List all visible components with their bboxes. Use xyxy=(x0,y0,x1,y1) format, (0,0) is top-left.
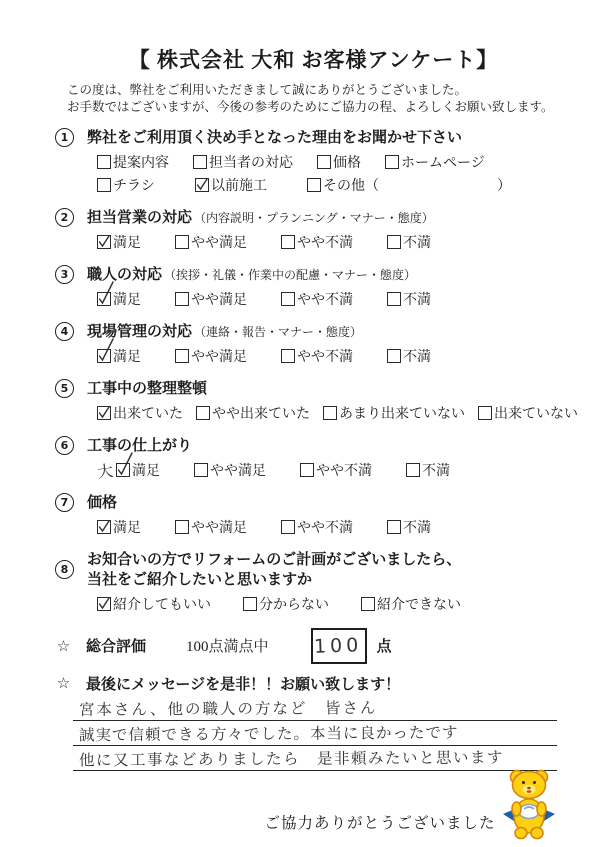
option: やや不満 xyxy=(281,346,353,366)
option-label: あまり出来ていない xyxy=(339,403,465,423)
question-title: 職人の対応 xyxy=(87,267,162,283)
option: 紹介できない xyxy=(361,594,461,614)
handwritten-message: 宮本さん、他の職人の方など 皆さん誠実で信頼できる方々でした。本当に良かったです… xyxy=(73,696,572,771)
option: ホームページ xyxy=(385,152,485,172)
question-header: 2担当営業の対応（内容説明・プランニング・マナー・態度） xyxy=(55,208,572,228)
star-icon: ☆ xyxy=(55,637,72,655)
option: 紹介してもいい xyxy=(97,594,211,614)
option: 満足 xyxy=(97,289,141,309)
checkmark-icon xyxy=(96,290,112,306)
option-label: 不満 xyxy=(422,460,450,480)
question-subtitle: （連絡・報告・マナー・態度） xyxy=(194,325,362,339)
question-title-lines: 価格 xyxy=(87,493,117,513)
checkmark-icon xyxy=(194,176,210,192)
question-block: 8お知合いの方でリフォームのご計画がございましたら、当社をご紹介したいと思います… xyxy=(55,550,572,616)
option-label: 以前施工 xyxy=(211,175,267,195)
option-label: 満足 xyxy=(113,289,141,309)
handwritten-text: 他に又工事などありましたら 是非頼みたいと思います xyxy=(79,745,504,770)
question-title-lines: お知合いの方でリフォームのご計画がございましたら、当社をご紹介したいと思いますか xyxy=(87,550,461,590)
option: 満足 xyxy=(97,346,141,366)
checkbox xyxy=(97,155,111,169)
checkmark-icon xyxy=(96,595,112,611)
questions: 1弊社をご利用頂く決め手となった理由をお聞かせ下さい提案内容担当者の対応価格ホー… xyxy=(55,128,572,616)
paren-close: ） xyxy=(497,175,511,195)
question-number: 6 xyxy=(55,436,74,455)
option: やや不満 xyxy=(281,289,353,309)
page-title: 【 株式会社 大和 お客様アンケート】 xyxy=(55,44,572,74)
option-label: やや満足 xyxy=(191,517,247,537)
question-number: 7 xyxy=(55,493,74,512)
options-row: 満足やや満足やや不満不満 xyxy=(97,516,572,539)
question-title: 価格 xyxy=(87,495,117,511)
message-header: ☆ 最後にメッセージを是非！！お願い致します！ xyxy=(55,673,572,694)
option: やや満足 xyxy=(175,517,247,537)
option: あまり出来ていない xyxy=(323,403,465,423)
option-label: やや不満 xyxy=(297,289,353,309)
footer-thanks-text: ご協力ありがとうございました xyxy=(264,811,495,833)
question-title-lines: 職人の対応（挨拶・礼儀・作業中の配慮・マナー・態度） xyxy=(87,265,416,285)
question-title-line: 工事中の整理整頓 xyxy=(87,379,207,399)
options-row: 提案内容担当者の対応価格ホームページ xyxy=(97,151,572,174)
question-title-line: 職人の対応（挨拶・礼儀・作業中の配慮・マナー・態度） xyxy=(87,265,416,285)
checkbox-checked xyxy=(97,349,111,363)
question-number: 2 xyxy=(55,208,74,227)
question-title: 現場管理の対応 xyxy=(87,324,192,340)
question-subtitle: （内容説明・プランニング・マナー・態度） xyxy=(194,211,434,225)
option-label: 紹介できない xyxy=(377,594,461,614)
score-label: 総合評価 xyxy=(86,635,146,656)
option: その他（） xyxy=(307,175,511,195)
question-title-line: 弊社をご利用頂く決め手となった理由をお聞かせ下さい xyxy=(87,128,462,148)
option-label: やや不満 xyxy=(297,517,353,537)
option-label: 満足 xyxy=(132,460,160,480)
checkbox xyxy=(385,155,399,169)
handwritten-score-value: 100 xyxy=(314,634,363,658)
score-scale-label: 100点満点中 xyxy=(186,635,269,656)
option: 以前施工 xyxy=(195,175,267,195)
checkbox xyxy=(317,155,331,169)
question-header: 4現場管理の対応（連絡・報告・マナー・態度） xyxy=(55,322,572,342)
checkbox xyxy=(281,235,295,249)
checkmark-icon xyxy=(96,233,112,249)
option-label: 不満 xyxy=(403,346,431,366)
option-label: チラシ xyxy=(113,175,155,195)
handwritten-message-line: 誠実で信頼できる方々でした。本当に良かったです xyxy=(73,721,557,746)
checkbox xyxy=(175,520,189,534)
question-title-line: 価格 xyxy=(87,493,117,513)
intro-line-2: お手数ではございますが、今後の参考のためにご協力の程、よろしくお願い致します。 xyxy=(67,99,572,116)
option: 分からない xyxy=(243,594,329,614)
option-label: 提案内容 xyxy=(113,152,169,172)
question-title: 工事中の整理整頓 xyxy=(87,381,207,397)
checkbox xyxy=(281,520,295,534)
checkbox xyxy=(196,406,210,420)
bear-mascot-icon xyxy=(500,768,558,845)
star-icon: ☆ xyxy=(55,674,72,692)
question-title-line: 当社をご紹介したいと思いますか xyxy=(87,570,461,590)
question-block: 5工事中の整理整頓出来ていたやや出来ていたあまり出来ていない出来ていない xyxy=(55,379,572,425)
option-label: やや不満 xyxy=(297,346,353,366)
checkbox xyxy=(387,520,401,534)
option: 不満 xyxy=(387,517,431,537)
score-box: 100 xyxy=(311,628,367,664)
question-block: 6工事の仕上がり大満足やや満足やや不満不満 xyxy=(55,436,572,482)
checkbox xyxy=(478,406,492,420)
option-label: 出来ていた xyxy=(113,403,183,423)
question-number: 5 xyxy=(55,379,74,398)
intro-text: この度は、弊社をご利用いただきまして誠にありがとうございました。 お手数ではござ… xyxy=(67,82,572,117)
checkbox xyxy=(323,406,337,420)
option: 不満 xyxy=(406,460,450,480)
question-title-line: お知合いの方でリフォームのご計画がございましたら、 xyxy=(87,550,461,570)
handwritten-text: 誠実で信頼できる方々でした。本当に良かったです xyxy=(79,720,459,745)
question-title-lines: 弊社をご利用頂く決め手となった理由をお聞かせ下さい xyxy=(87,128,462,148)
checkmark-icon xyxy=(96,404,112,420)
checkbox xyxy=(193,155,207,169)
option-label: やや不満 xyxy=(297,232,353,252)
option: やや不満 xyxy=(281,232,353,252)
options-row: 満足やや満足やや不満不満 xyxy=(97,345,572,368)
option-label: やや出来ていた xyxy=(212,403,310,423)
checkbox-checked xyxy=(97,235,111,249)
question-number: 8 xyxy=(55,560,74,579)
option: 満足 xyxy=(97,517,141,537)
option: チラシ xyxy=(97,175,155,195)
option: 大満足 xyxy=(97,459,160,482)
option: 不満 xyxy=(387,346,431,366)
checkbox xyxy=(361,597,375,611)
option: 満足 xyxy=(97,232,141,252)
checkbox xyxy=(97,178,111,192)
options-row: 満足やや満足やや不満不満 xyxy=(97,231,572,254)
options-row: 紹介してもいい分からない紹介できない xyxy=(97,593,572,616)
option: 出来ていない xyxy=(478,403,578,423)
option: 不満 xyxy=(387,232,431,252)
checkbox-checked xyxy=(97,520,111,534)
option: やや出来ていた xyxy=(196,403,310,423)
checkbox-checked xyxy=(97,597,111,611)
checkbox xyxy=(387,292,401,306)
option: やや満足 xyxy=(194,460,266,480)
checkmark-icon xyxy=(96,518,112,534)
question-title: 担当営業の対応 xyxy=(87,210,192,226)
checkmark-icon xyxy=(96,347,112,363)
handwritten-message-line: 宮本さん、他の職人の方など 皆さん xyxy=(73,696,557,721)
option-label: やや満足 xyxy=(210,460,266,480)
checkbox xyxy=(175,292,189,306)
checkmark-icon xyxy=(115,461,131,477)
options-row: 大満足やや満足やや不満不満 xyxy=(97,459,572,482)
checkbox-checked xyxy=(97,292,111,306)
option-label: 出来ていない xyxy=(494,403,578,423)
option-label: 満足 xyxy=(113,232,141,252)
checkbox xyxy=(307,178,321,192)
score-unit: 点 xyxy=(377,635,392,656)
option-label: 分からない xyxy=(259,594,329,614)
option-label: やや満足 xyxy=(191,289,247,309)
option-label: ホームページ xyxy=(401,152,485,172)
question-header: 8お知合いの方でリフォームのご計画がございましたら、当社をご紹介したいと思います… xyxy=(55,550,572,590)
question-title-line: 現場管理の対応（連絡・報告・マナー・態度） xyxy=(87,322,362,342)
option-label: 紹介してもいい xyxy=(113,594,211,614)
options-row: チラシ以前施工その他（） xyxy=(97,174,572,197)
question-title-lines: 現場管理の対応（連絡・報告・マナー・態度） xyxy=(87,322,362,342)
option: やや不満 xyxy=(300,460,372,480)
question-title: お知合いの方でリフォームのご計画がございましたら、 xyxy=(87,552,461,568)
checkbox xyxy=(175,349,189,363)
question-header: 7価格 xyxy=(55,493,572,513)
question-title-lines: 工事中の整理整頓 xyxy=(87,379,207,399)
checkbox xyxy=(243,597,257,611)
checkbox xyxy=(281,349,295,363)
question-header: 6工事の仕上がり xyxy=(55,436,572,456)
option-label: 不満 xyxy=(403,517,431,537)
option: やや不満 xyxy=(281,517,353,537)
question-block: 7価格満足やや満足やや不満不満 xyxy=(55,493,572,539)
option: やや満足 xyxy=(175,346,247,366)
checkbox xyxy=(194,463,208,477)
checkbox-checked xyxy=(116,463,130,477)
question-title-line: 工事の仕上がり xyxy=(87,436,192,456)
question-number: 1 xyxy=(55,128,74,147)
question-title: 工事の仕上がり xyxy=(87,438,192,454)
options-row: 出来ていたやや出来ていたあまり出来ていない出来ていない xyxy=(97,402,572,425)
checkbox xyxy=(281,292,295,306)
question-block: 1弊社をご利用頂く決め手となった理由をお聞かせ下さい提案内容担当者の対応価格ホー… xyxy=(55,128,572,197)
question-number: 3 xyxy=(55,265,74,284)
option-label: やや満足 xyxy=(191,232,247,252)
question-block: 2担当営業の対応（内容説明・プランニング・マナー・態度）満足やや満足やや不満不満 xyxy=(55,208,572,254)
question-block: 3職人の対応（挨拶・礼儀・作業中の配慮・マナー・態度）満足やや満足やや不満不満 xyxy=(55,265,572,311)
checkbox xyxy=(387,349,401,363)
option: 不満 xyxy=(387,289,431,309)
question-header: 5工事中の整理整頓 xyxy=(55,379,572,399)
overall-score-row: ☆ 総合評価 100点満点中 100 点 xyxy=(55,627,572,665)
question-subtitle: （挨拶・礼儀・作業中の配慮・マナー・態度） xyxy=(164,268,416,282)
option-label: 満足 xyxy=(113,517,141,537)
question-title: 当社をご紹介したいと思いますか xyxy=(87,572,312,588)
option-label: 価格 xyxy=(333,152,361,172)
question-title-line: 担当営業の対応（内容説明・プランニング・マナー・態度） xyxy=(87,208,434,228)
option-label: やや不満 xyxy=(316,460,372,480)
checkbox xyxy=(387,235,401,249)
option: 担当者の対応 xyxy=(193,152,293,172)
checkbox xyxy=(300,463,314,477)
option: 提案内容 xyxy=(97,152,169,172)
option: 価格 xyxy=(317,152,361,172)
checkbox-checked xyxy=(195,178,209,192)
option-label: 担当者の対応 xyxy=(209,152,293,172)
option-label: 不満 xyxy=(403,232,431,252)
option-label: その他（ xyxy=(323,175,379,195)
question-title-lines: 工事の仕上がり xyxy=(87,436,192,456)
question-title: 弊社をご利用頂く決め手となった理由をお聞かせ下さい xyxy=(87,130,462,146)
intro-line-1: この度は、弊社をご利用いただきまして誠にありがとうございました。 xyxy=(67,82,572,99)
option-label: やや満足 xyxy=(191,346,247,366)
question-title-lines: 担当営業の対応（内容説明・プランニング・マナー・態度） xyxy=(87,208,434,228)
question-block: 4現場管理の対応（連絡・報告・マナー・態度）満足やや満足やや不満不満 xyxy=(55,322,572,368)
survey-page: 【 株式会社 大和 お客様アンケート】 この度は、弊社をご利用いただきまして誠に… xyxy=(0,0,600,771)
options-row: 満足やや満足やや不満不満 xyxy=(97,288,572,311)
question-header: 1弊社をご利用頂く決め手となった理由をお聞かせ下さい xyxy=(55,128,572,148)
handwritten-text: 宮本さん、他の職人の方など 皆さん xyxy=(79,695,378,719)
handwritten-prefix: 大 xyxy=(96,458,115,483)
checkbox xyxy=(175,235,189,249)
option: やや満足 xyxy=(175,289,247,309)
question-header: 3職人の対応（挨拶・礼儀・作業中の配慮・マナー・態度） xyxy=(55,265,572,285)
checkbox-checked xyxy=(97,406,111,420)
option: 出来ていた xyxy=(97,403,183,423)
message-prompt: 最後にメッセージを是非！！お願い致します！ xyxy=(86,673,400,694)
option: やや満足 xyxy=(175,232,247,252)
option-label: 満足 xyxy=(113,346,141,366)
option-label: 不満 xyxy=(403,289,431,309)
question-number: 4 xyxy=(55,322,74,341)
checkbox xyxy=(406,463,420,477)
handwritten-message-line: 他に又工事などありましたら 是非頼みたいと思います xyxy=(73,746,557,771)
